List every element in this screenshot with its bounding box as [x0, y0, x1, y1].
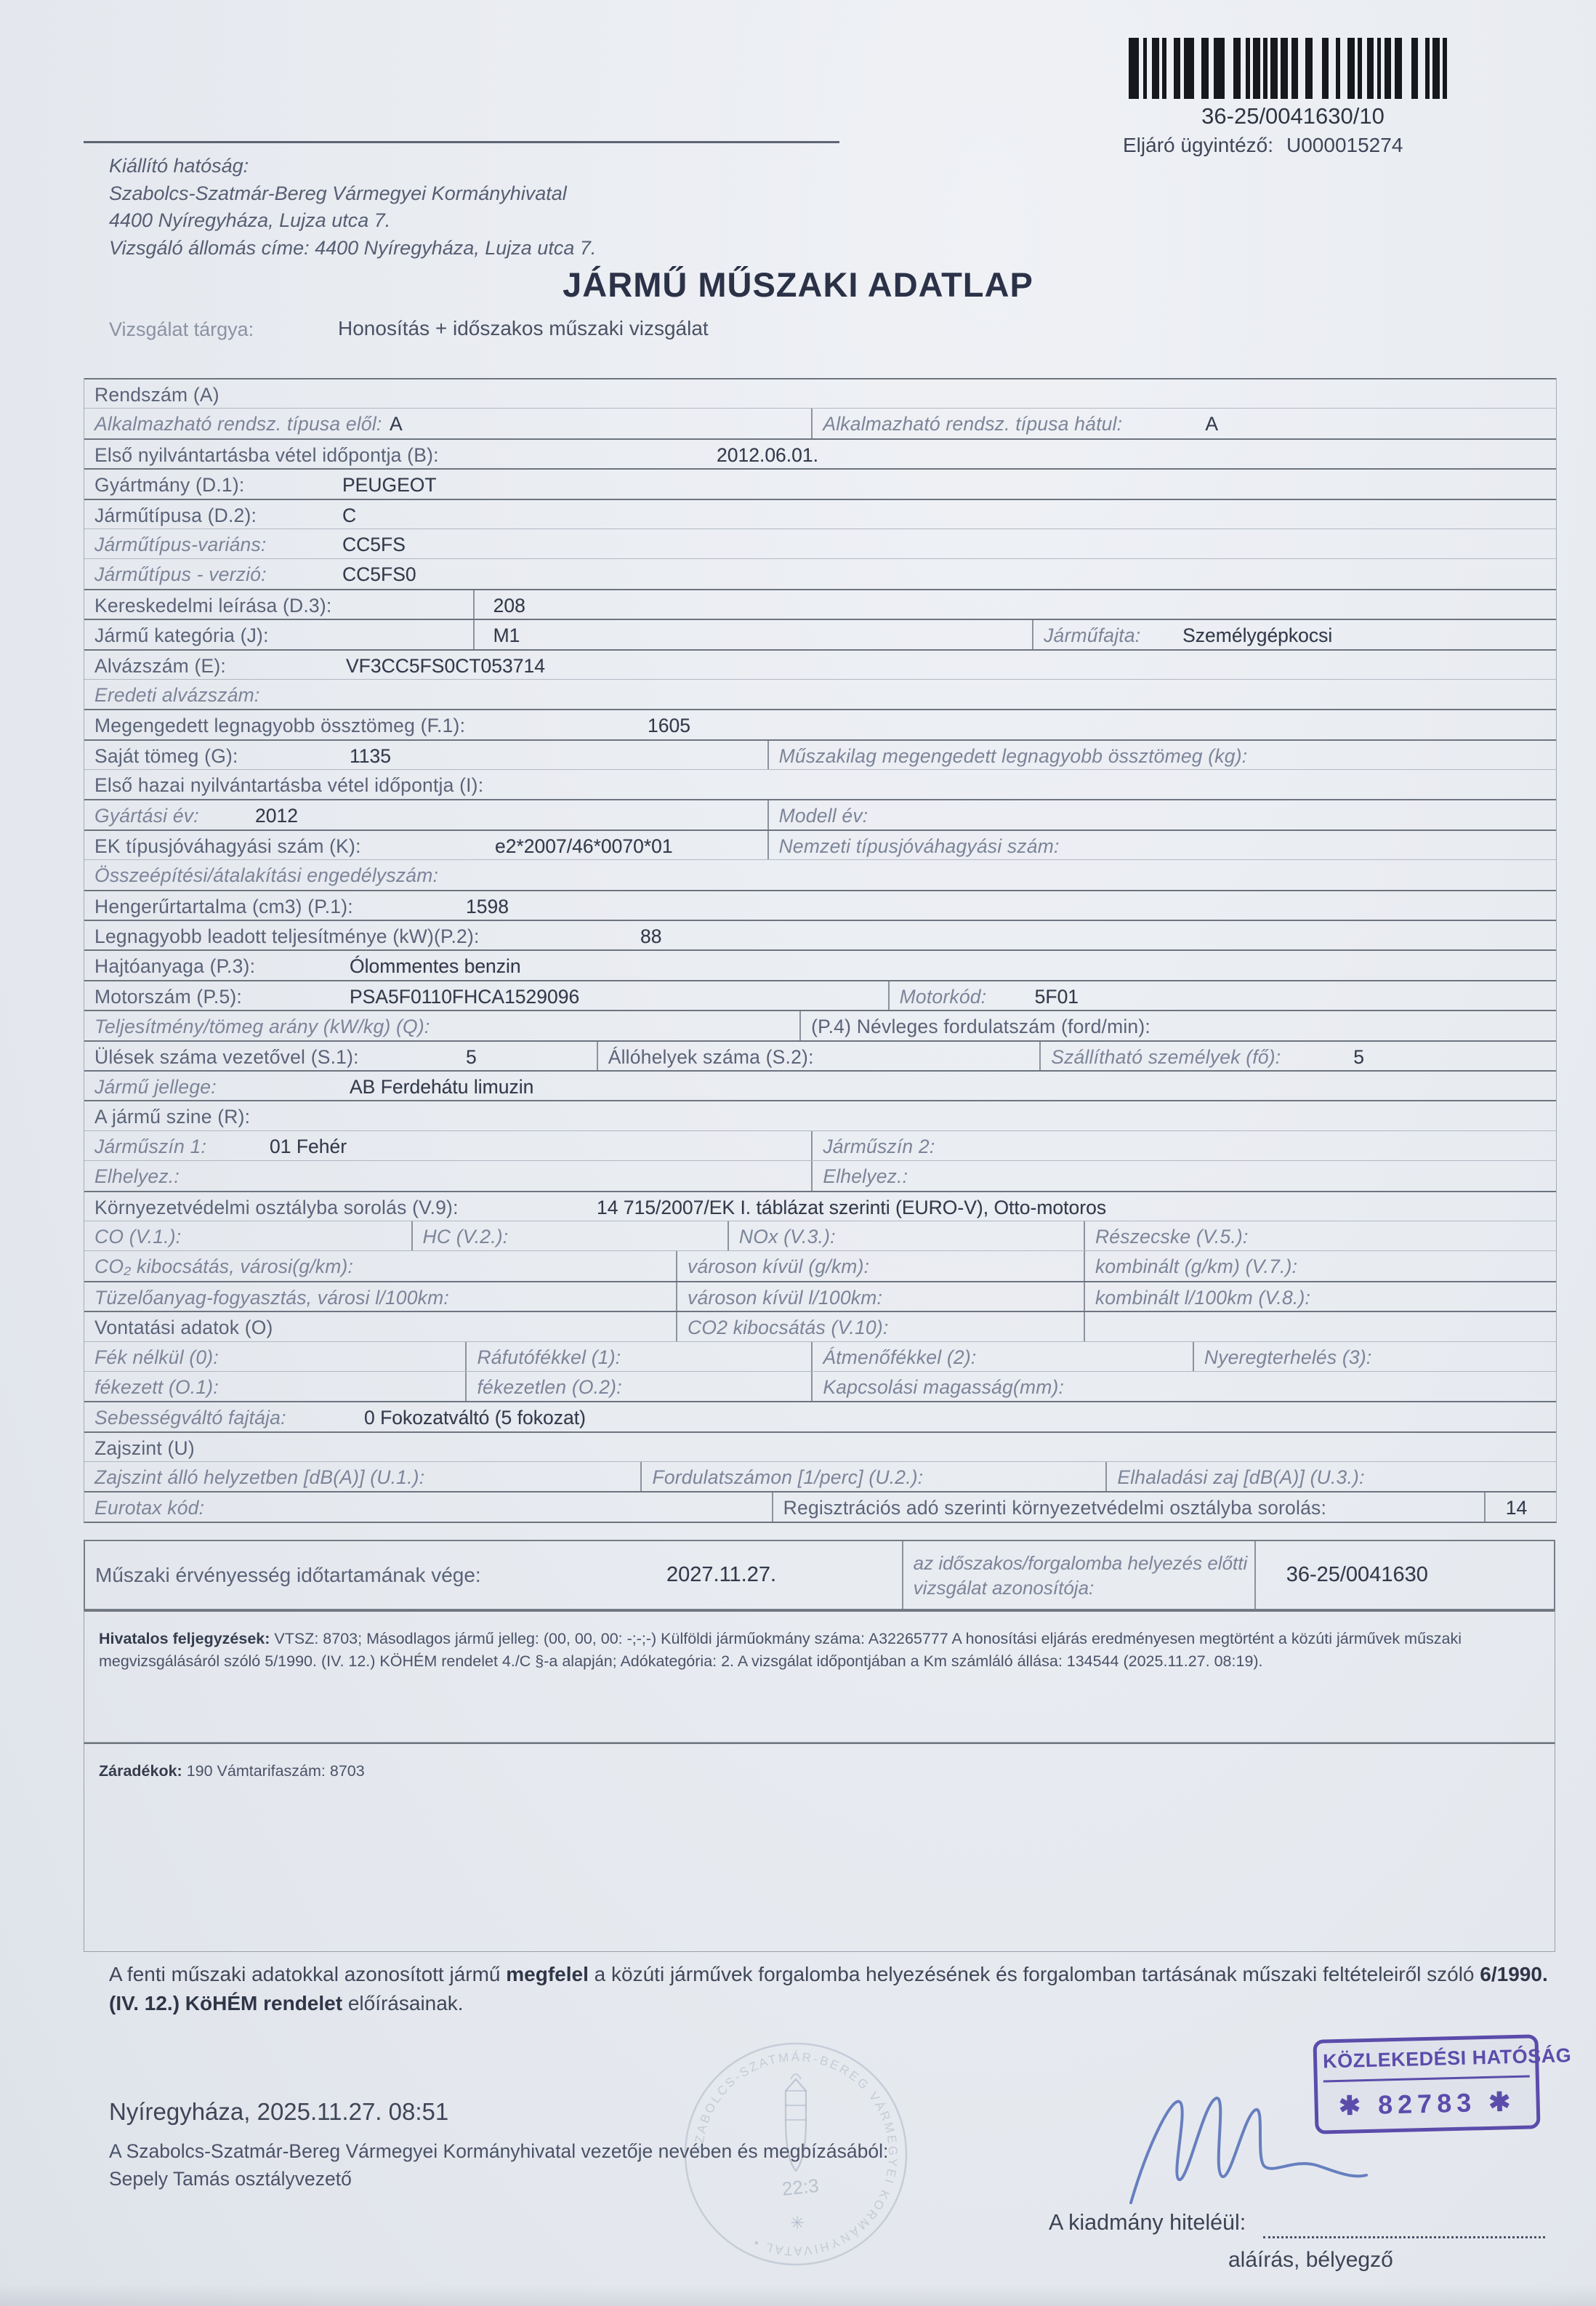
- table-cell: Ülések száma vezetővel (S.1):5: [84, 1042, 597, 1070]
- barcode-gap: [1194, 38, 1201, 99]
- table-cell: Nyeregterhelés (3):: [1193, 1342, 1556, 1371]
- table-cell: Fordulatszámon [1/perc] (U.2.):: [640, 1462, 1105, 1491]
- field-label: kombinált l/100km (V.8.):: [1095, 1287, 1310, 1309]
- field-label: Kapcsolási magasság(mm):: [823, 1376, 1064, 1398]
- field-label: Hengerűrtartalma (cm3) (P.1):: [94, 896, 353, 917]
- field-label: Nyeregterhelés (3):: [1204, 1346, 1372, 1368]
- table-row: Hajtóanyaga (P.3):Ólommentes benzin: [84, 949, 1556, 979]
- barcode-gap: [1166, 38, 1174, 99]
- table-row: Teljesítmény/tömeg arány (kW/kg) (Q):(P.…: [84, 1010, 1556, 1040]
- table-cell: Járműtípusa (D.2):C: [84, 500, 1556, 529]
- field-value: CC5FS0: [342, 563, 416, 586]
- barcode-gap: [1329, 38, 1336, 99]
- table-cell: Zajszint álló helyzetben [dB(A)] (U.1.):: [84, 1462, 640, 1491]
- table-row: Vontatási adatok (O)CO2 kibocsátás (V.10…: [84, 1311, 1556, 1341]
- field-label: (P.4) Névleges fordulatszám (ford/min):: [811, 1016, 1150, 1037]
- field-label: Átmenőfékkel (2):: [823, 1346, 976, 1368]
- barcode-bar: [1432, 38, 1439, 99]
- field-value: CC5FS: [342, 534, 406, 556]
- barcode-gap: [1402, 38, 1411, 99]
- table-row: Jármű jellege:AB Ferdehátu limuzin: [84, 1070, 1556, 1100]
- barcode-gap: [1209, 38, 1214, 99]
- table-cell: Jármű jellege:AB Ferdehátu limuzin: [84, 1072, 1556, 1100]
- table-row: Zajszint álló helyzetben [dB(A)] (U.1.):…: [84, 1461, 1556, 1491]
- field-value: 1598: [466, 896, 509, 918]
- barcode-bar: [1152, 38, 1158, 99]
- vehicle-data-table: Rendszám (A)Alkalmazható rendsz. típusa …: [84, 378, 1557, 1523]
- field-label: Állóhelyek száma (S.2):: [608, 1046, 814, 1068]
- barcode-bar: [1270, 38, 1277, 99]
- table-cell: A jármű szine (R):: [84, 1101, 1556, 1130]
- table-cell: Első nyilvántartásba vétel időpontja (B)…: [84, 440, 1556, 468]
- barcode-bar: [1367, 38, 1374, 99]
- table-row: Járműtípus-variáns:CC5FS: [84, 529, 1556, 558]
- table-row: CO (V.1.):HC (V.2.):NOx (V.3.):Részecske…: [84, 1221, 1556, 1250]
- table-cell: 208: [473, 590, 1556, 619]
- barcode-bar: [1214, 38, 1225, 99]
- table-row: Jármű kategória (J):M1Járműfajta:Személy…: [84, 619, 1556, 648]
- barcode-bar: [1184, 38, 1195, 99]
- table-cell: Vontatási adatok (O): [84, 1312, 676, 1341]
- statement-text: előírásainak.: [342, 1992, 464, 2014]
- barcode-bar: [1253, 38, 1260, 99]
- table-row: Eurotax kód:Regisztrációs adó szerinti k…: [84, 1491, 1556, 1521]
- table-row: Hengerűrtartalma (cm3) (P.1):1598: [84, 890, 1556, 920]
- validity-box: Műszaki érvényesség időtartamának vége: …: [84, 1540, 1555, 1610]
- table-row: Saját tömeg (G):1135Műszakilag megengede…: [84, 739, 1556, 769]
- table-cell: CO2 kibocsátás (V.10):: [676, 1312, 1084, 1341]
- field-label: NOx (V.3.):: [739, 1226, 836, 1248]
- table-cell: Összeépítési/átalakítási engedélyszám:: [84, 860, 1556, 889]
- field-value: 2012: [255, 805, 298, 827]
- barcode-gap: [1298, 38, 1305, 99]
- round-stamp-number: 22:3: [781, 2174, 819, 2200]
- page-title: JÁRMŰ MŰSZAKI ADATLAP: [0, 265, 1596, 305]
- field-value: A: [390, 413, 403, 435]
- table-row: Ülések száma vezetővel (S.1):5Állóhelyek…: [84, 1040, 1556, 1070]
- field-label: fékezetlen (O.2):: [477, 1376, 621, 1398]
- barcode-gap: [1362, 38, 1367, 99]
- table-cell: Műszakilag megengedett legnagyobb össztö…: [767, 741, 1556, 769]
- table-cell: Eredeti alvázszám:: [84, 680, 1556, 709]
- table-cell: Teljesítmény/tömeg arány (kW/kg) (Q):: [84, 1011, 799, 1040]
- field-label: CO₂ kibocsátás, városi(g/km):: [94, 1256, 353, 1277]
- official-notes-box: Hivatalos feljegyzések: VTSZ: 8703; Máso…: [84, 1610, 1555, 1743]
- table-cell: Megengedett legnagyobb össztömeg (F.1):1…: [84, 710, 1556, 739]
- barcode-bar: [1291, 38, 1298, 99]
- field-value: 1135: [350, 745, 391, 768]
- table-cell: Regisztrációs adó szerinti környezetvéde…: [772, 1493, 1484, 1521]
- table-row: A jármű szine (R):: [84, 1100, 1556, 1130]
- table-row: fékezett (O.1):fékezetlen (O.2):Kapcsolá…: [84, 1371, 1556, 1401]
- clauses-box: Záradékok: 190 Vámtarifaszám: 8703: [84, 1743, 1555, 1952]
- table-cell: fékezetlen (O.2):: [465, 1372, 811, 1401]
- field-label: Fék nélkül (0):: [94, 1346, 219, 1368]
- barcode: [1129, 38, 1457, 99]
- round-stamp-star: ✳: [790, 2214, 805, 2233]
- table-cell: Sebességváltó fajtája:0 Fokozatváltó (5 …: [84, 1402, 1556, 1431]
- field-value: PEUGEOT: [342, 474, 437, 497]
- table-cell: Motorkód:5F01: [888, 981, 1556, 1010]
- officer-name: Sepely Tamás osztályvezető: [109, 2168, 352, 2190]
- table-row: Járműtípusa (D.2):C: [84, 499, 1556, 529]
- table-cell: Elhelyez.:: [84, 1161, 811, 1190]
- pre-inspection-id-cell: az időszakos/forgalomba helyezés előtti …: [902, 1541, 1254, 1609]
- subject-value: Honosítás + időszakos műszaki vizsgálat: [338, 317, 709, 340]
- table-cell: Zajszint (U): [84, 1433, 1556, 1461]
- table-cell: fékezett (O.1):: [84, 1372, 465, 1401]
- field-value: 1605: [648, 715, 690, 737]
- table-cell: Alkalmazható rendsz. típusa hátul:A: [811, 409, 1556, 438]
- table-cell: Gyártmány (D.1):PEUGEOT: [84, 470, 1556, 498]
- table-cell: [1084, 1312, 1556, 1341]
- table-cell: Eurotax kód:: [84, 1493, 772, 1521]
- field-label: városon kívül (g/km):: [688, 1256, 869, 1277]
- table-cell: Járműtípus-variáns:CC5FS: [84, 529, 1556, 558]
- table-row: Motorszám (P.5):PSA5F0110FHCA1529096Moto…: [84, 980, 1556, 1010]
- case-officer-value: U000015274: [1286, 134, 1403, 156]
- table-row: Első nyilvántartásba vétel időpontja (B)…: [84, 438, 1556, 468]
- scanned-document-page: Kiállító hatóság: Szabolcs-Szatmár-Bereg…: [0, 0, 1596, 2306]
- field-label: A jármű szine (R):: [94, 1106, 250, 1128]
- table-cell: Kapcsolási magasság(mm):: [811, 1372, 1556, 1401]
- field-label: Első nyilvántartásba vétel időpontja (B)…: [94, 444, 439, 466]
- field-label: Hajtóanyaga (P.3):: [94, 955, 255, 977]
- field-label: Első hazai nyilvántartásba vétel időpont…: [94, 774, 483, 796]
- table-row: Gyártmány (D.1):PEUGEOT: [84, 468, 1556, 498]
- barcode-gap: [1225, 38, 1234, 99]
- field-value: A: [1205, 413, 1218, 435]
- field-value: PSA5F0110FHCA1529096: [350, 986, 579, 1008]
- barcode-bar: [1322, 38, 1329, 99]
- field-value: 208: [493, 595, 525, 617]
- clauses-label: Záradékok:: [99, 1762, 182, 1780]
- table-cell: Elhelyez.:: [811, 1161, 1556, 1190]
- field-label: Zajszint (U): [94, 1437, 195, 1459]
- barcode-gap: [1447, 38, 1457, 99]
- field-label: Elhelyez.:: [823, 1165, 908, 1187]
- clauses-text: 190 Vámtarifaszám: 8703: [182, 1762, 365, 1780]
- table-row: Sebességváltó fajtája:0 Fokozatváltó (5 …: [84, 1401, 1556, 1431]
- table-cell: CO (V.1.):: [84, 1221, 411, 1250]
- barcode-bar: [1174, 38, 1180, 99]
- pre-inspection-id-value-cell: 36-25/0041630: [1254, 1541, 1554, 1609]
- field-label: Járműtípus-variáns:: [94, 534, 267, 555]
- field-label: Jármű jellege:: [94, 1076, 217, 1098]
- field-label: Gyártmány (D.1):: [94, 474, 244, 496]
- barcode-number: 36-25/0041630/10: [1129, 103, 1457, 129]
- field-label: Motorkód:: [900, 986, 987, 1008]
- barcode-gap: [1147, 38, 1152, 99]
- issuer-address: 4400 Nyíregyháza, Lujza utca 7.: [109, 207, 596, 235]
- field-value: AB Ferdehátu limuzin: [350, 1076, 533, 1098]
- table-cell: Részecske (V.5.):: [1084, 1221, 1556, 1250]
- barcode-bar: [1201, 38, 1208, 99]
- official-notes-label: Hivatalos feljegyzések:: [99, 1630, 270, 1647]
- table-cell: Alvázszám (E):VF3CC5FS0CT053714: [84, 651, 1556, 679]
- table-cell: Hengerűrtartalma (cm3) (P.1):1598: [84, 891, 1556, 920]
- table-cell: 14: [1484, 1493, 1556, 1521]
- table-row: Legnagyobb leadott teljesítménye (kW)(P.…: [84, 920, 1556, 949]
- statement-text: a közúti járművek forgalomba helyezéséne…: [589, 1963, 1480, 1985]
- field-label: Jármű kategória (J):: [94, 624, 269, 646]
- table-row: Eredeti alvázszám:: [84, 679, 1556, 709]
- table-cell: M1: [473, 620, 1033, 648]
- field-label: Vontatási adatok (O): [94, 1317, 273, 1338]
- table-cell: kombinált l/100km (V.8.):: [1084, 1282, 1556, 1311]
- table-cell: Ráfutófékkel (1):: [465, 1342, 811, 1371]
- signature-dotted-line: [1263, 2214, 1545, 2238]
- field-label: Részecske (V.5.):: [1095, 1226, 1249, 1248]
- table-row: Alkalmazható rendsz. típusa elől:AAlkalm…: [84, 408, 1556, 438]
- field-label: Műszakilag megengedett legnagyobb össztö…: [779, 745, 1248, 767]
- table-row: Elhelyez.:Elhelyez.:: [84, 1160, 1556, 1190]
- field-label: Járműszín 2:: [823, 1136, 935, 1157]
- subject-label: Vizsgálat tárgya:: [109, 318, 254, 341]
- table-row: CO₂ kibocsátás, városi(g/km):városon kív…: [84, 1250, 1556, 1280]
- field-label: Modell év:: [779, 805, 868, 827]
- pre-inspection-id-label: az időszakos/forgalomba helyezés előtti …: [914, 1551, 1254, 1600]
- field-label: Elhaladási zaj [dB(A)] (U.3.):: [1117, 1466, 1364, 1488]
- table-cell: Legnagyobb leadott teljesítménye (kW)(P.…: [84, 921, 1556, 949]
- field-value: 5: [466, 1046, 477, 1069]
- table-row: EK típusjóváhagyási szám (K):e2*2007/46*…: [84, 829, 1556, 859]
- table-cell: kombinált (g/km) (V.7.):: [1084, 1251, 1556, 1280]
- validity-end-label: Műszaki érvényesség időtartamának vége:: [95, 1564, 481, 1587]
- table-row: Kereskedelmi leírása (D.3):208: [84, 589, 1556, 619]
- field-label: Rendszám (A): [94, 384, 219, 406]
- table-cell: Gyártási év:2012: [84, 800, 767, 829]
- table-row: Gyártási év:2012Modell év:: [84, 799, 1556, 829]
- table-row: Tüzelőanyag-fogyasztás, városi l/100km:v…: [84, 1281, 1556, 1311]
- table-cell: Tüzelőanyag-fogyasztás, városi l/100km:: [84, 1282, 676, 1311]
- round-official-stamp: SZABOLCS-SZATMÁR-BEREG VÁRMEGYEI KORMÁNY…: [665, 2034, 927, 2281]
- table-cell: NOx (V.3.):: [728, 1221, 1084, 1250]
- stamp-asterisk-right: ✱: [1488, 2086, 1516, 2117]
- table-cell: HC (V.2.):: [411, 1221, 728, 1250]
- compliance-statement: A fenti műszaki adatokkal azonosított já…: [109, 1960, 1555, 2018]
- table-cell: városon kívül (g/km):: [676, 1251, 1084, 1280]
- field-label: Legnagyobb leadott teljesítménye (kW)(P.…: [94, 925, 480, 947]
- field-value: 01 Fehér: [270, 1136, 347, 1158]
- field-label: Saját tömeg (G):: [94, 745, 238, 767]
- barcode-gap: [1313, 38, 1322, 99]
- field-value: 2012.06.01.: [717, 444, 818, 467]
- barcode-gap: [1340, 38, 1347, 99]
- header-divider: [84, 141, 839, 143]
- field-value: M1: [493, 624, 520, 647]
- table-row: Környezetvédelmi osztályba sorolás (V.9)…: [84, 1191, 1556, 1221]
- field-label: CO (V.1.):: [94, 1226, 181, 1248]
- field-label: Járműtípus - verzió:: [94, 563, 267, 585]
- field-label: fékezett (O.1):: [94, 1376, 219, 1398]
- barcode-bar: [1233, 38, 1240, 99]
- field-label: Alkalmazható rendsz. típusa elől:: [94, 413, 382, 435]
- table-row: Járműszín 1:01 FehérJárműszín 2:: [84, 1130, 1556, 1160]
- table-cell: Kereskedelmi leírása (D.3):: [84, 590, 473, 619]
- field-label: Ülések száma vezetővel (S.1):: [94, 1046, 359, 1068]
- field-label: Fordulatszámon [1/perc] (U.2.):: [652, 1466, 923, 1488]
- table-cell: Saját tömeg (G):1135: [84, 741, 767, 769]
- case-officer-label: Eljáró ügyintéző:: [1123, 134, 1273, 156]
- table-cell: Járműtípus - verzió:CC5FS0: [84, 559, 1556, 588]
- field-label: Kereskedelmi leírása (D.3):: [94, 595, 331, 616]
- field-value: 0 Fokozatváltó (5 fokozat): [364, 1407, 586, 1429]
- field-label: Ráfutófékkel (1):: [477, 1346, 621, 1368]
- field-label: EK típusjóváhagyási szám (K):: [94, 835, 361, 857]
- field-label: Eurotax kód:: [94, 1497, 204, 1519]
- table-row: Megengedett legnagyobb össztömeg (F.1):1…: [84, 709, 1556, 739]
- field-value: C: [342, 505, 356, 527]
- transport-authority-stamp: KÖZLEKEDÉSI HATÓSÁG ✱ 82783 ✱: [1313, 2034, 1540, 2134]
- field-label: Környezetvédelmi osztályba sorolás (V.9)…: [94, 1197, 459, 1218]
- table-row: Alvázszám (E):VF3CC5FS0CT053714: [84, 649, 1556, 679]
- field-label: Szállítható személyek (fő):: [1051, 1046, 1281, 1068]
- field-label: Járműszín 1:: [94, 1136, 206, 1157]
- table-row: Rendszám (A): [84, 378, 1556, 408]
- field-label: Megengedett legnagyobb össztömeg (F.1):: [94, 715, 465, 736]
- field-value: Személygépkocsi: [1182, 624, 1332, 647]
- field-label: Nemzeti típusjóváhagyási szám:: [779, 835, 1060, 857]
- table-cell: Járműszín 2:: [811, 1131, 1556, 1160]
- table-row: Járműtípus - verzió:CC5FS0: [84, 558, 1556, 588]
- table-cell: Átmenőfékkel (2):: [811, 1342, 1192, 1371]
- table-row: Első hazai nyilvántartásba vétel időpont…: [84, 769, 1556, 799]
- barcode-bar: [1281, 38, 1288, 99]
- authority-stamp-title: KÖZLEKEDÉSI HATÓSÁG: [1323, 2046, 1530, 2083]
- official-notes-text: VTSZ: 8703; Másodlagos jármű jelleg: (00…: [99, 1630, 1462, 1670]
- barcode-bar: [1395, 38, 1402, 99]
- table-row: Fék nélkül (0):Ráfutófékkel (1):Átmenőfé…: [84, 1341, 1556, 1371]
- table-cell: Motorszám (P.5):PSA5F0110FHCA1529096: [84, 981, 888, 1010]
- signature-caption: aláírás, bélyegző: [1228, 2248, 1596, 2273]
- field-label: Elhelyez.:: [94, 1165, 180, 1187]
- table-cell: Környezetvédelmi osztályba sorolás (V.9)…: [84, 1192, 1556, 1221]
- table-cell: városon kívül l/100km:: [676, 1282, 1084, 1311]
- barcode-bar: [1129, 38, 1139, 99]
- station-address: Vizsgáló állomás címe: 4400 Nyíregyháza,…: [109, 235, 596, 262]
- table-cell: Hajtóanyaga (P.3):Ólommentes benzin: [84, 951, 1556, 979]
- table-cell: Rendszám (A): [84, 379, 1556, 408]
- table-cell: Jármű kategória (J):: [84, 620, 473, 648]
- field-label: Zajszint álló helyzetben [dB(A)] (U.1.):: [94, 1466, 424, 1488]
- field-label: Motorszám (P.5):: [94, 986, 242, 1008]
- table-cell: CO₂ kibocsátás, városi(g/km):: [84, 1251, 676, 1280]
- table-cell: Járműfajta:Személygépkocsi: [1032, 620, 1556, 648]
- authority-stamp-number: 82783: [1378, 2087, 1477, 2119]
- field-label: kombinált (g/km) (V.7.):: [1095, 1256, 1297, 1277]
- field-value: 5F01: [1035, 986, 1079, 1008]
- table-cell: Elhaladási zaj [dB(A)] (U.3.):: [1105, 1462, 1556, 1491]
- barcode-bar: [1305, 38, 1313, 99]
- authority-stamp-number-line: ✱ 82783 ✱: [1323, 2078, 1531, 2122]
- validity-end-cell: Műszaki érvényesség időtartamának vége: …: [85, 1541, 902, 1609]
- table-cell: Járműszín 1:01 Fehér: [84, 1131, 811, 1160]
- field-label: Tüzelőanyag-fogyasztás, városi l/100km:: [94, 1287, 449, 1309]
- field-label: Gyártási év:: [94, 805, 199, 827]
- stamp-asterisk-left: ✱: [1338, 2090, 1366, 2121]
- barcode-bar: [1411, 38, 1418, 99]
- table-cell: EK típusjóváhagyási szám (K):e2*2007/46*…: [84, 831, 767, 859]
- field-value: 14 715/2007/EK I. táblázat szerinti (EUR…: [597, 1197, 1106, 1219]
- barcode-gap: [1418, 38, 1425, 99]
- field-label: CO2 kibocsátás (V.10):: [688, 1317, 888, 1338]
- issuer-name: Szabolcs-Szatmár-Bereg Vármegyei Kormány…: [109, 180, 596, 208]
- table-cell: (P.4) Névleges fordulatszám (ford/min):: [799, 1011, 1556, 1040]
- field-label: Eredeti alvázszám:: [94, 684, 259, 706]
- table-row: Zajszint (U): [84, 1431, 1556, 1461]
- field-label: Járműtípusa (D.2):: [94, 505, 257, 526]
- table-cell: Szállítható személyek (fő):5: [1039, 1042, 1556, 1070]
- place-and-date: Nyíregyháza, 2025.11.27. 08:51: [109, 2098, 448, 2126]
- field-label: Sebességváltó fajtája:: [94, 1407, 286, 1429]
- field-label: városon kívül l/100km:: [688, 1287, 882, 1309]
- issuer-label: Kiállító hatóság:: [109, 153, 596, 180]
- field-label: Járműfajta:: [1044, 624, 1140, 646]
- table-cell: Fék nélkül (0):: [84, 1342, 465, 1371]
- field-label: Összeépítési/átalakítási engedélyszám:: [94, 864, 438, 886]
- field-value: Ólommentes benzin: [350, 955, 521, 978]
- field-value: VF3CC5FS0CT053714: [346, 655, 545, 678]
- case-officer-line: Eljáró ügyintéző:U000015274: [1123, 134, 1403, 157]
- field-label: HC (V.2.):: [423, 1226, 509, 1248]
- barcode-bar: [1347, 38, 1354, 99]
- table-row: Összeépítési/átalakítási engedélyszám:: [84, 859, 1556, 889]
- pre-inspection-id-value: 36-25/0041630: [1286, 1563, 1428, 1587]
- field-label: Alkalmazható rendsz. típusa hátul:: [823, 413, 1122, 435]
- field-value: 14: [1506, 1497, 1527, 1519]
- statement-text: A fenti műszaki adatokkal azonosított já…: [109, 1963, 506, 1985]
- validity-end-value: 2027.11.27.: [666, 1563, 776, 1587]
- table-cell: Első hazai nyilvántartásba vétel időpont…: [84, 770, 1556, 799]
- table-cell: Állóhelyek száma (S.2):: [597, 1042, 1040, 1070]
- issuer-block: Kiállító hatóság: Szabolcs-Szatmár-Bereg…: [109, 153, 596, 262]
- field-value: e2*2007/46*0070*01: [495, 835, 673, 858]
- table-cell: Nemzeti típusjóváhagyási szám:: [767, 831, 1556, 859]
- field-value: 88: [640, 925, 661, 948]
- statement-bold-text: megfelel: [506, 1963, 589, 1985]
- field-label: Regisztrációs adó szerinti környezetvéde…: [783, 1497, 1326, 1519]
- table-cell: Alkalmazható rendsz. típusa elől:A: [84, 409, 811, 438]
- barcode-gap: [1241, 38, 1246, 99]
- field-label: Alvázszám (E):: [94, 655, 226, 677]
- field-label: Teljesítmény/tömeg arány (kW/kg) (Q):: [94, 1016, 430, 1037]
- barcode-bar: [1385, 38, 1391, 99]
- certify-label: A kiadmány hiteléül:: [1049, 2210, 1246, 2235]
- field-value: 5: [1353, 1046, 1364, 1069]
- table-cell: Modell év:: [767, 800, 1556, 829]
